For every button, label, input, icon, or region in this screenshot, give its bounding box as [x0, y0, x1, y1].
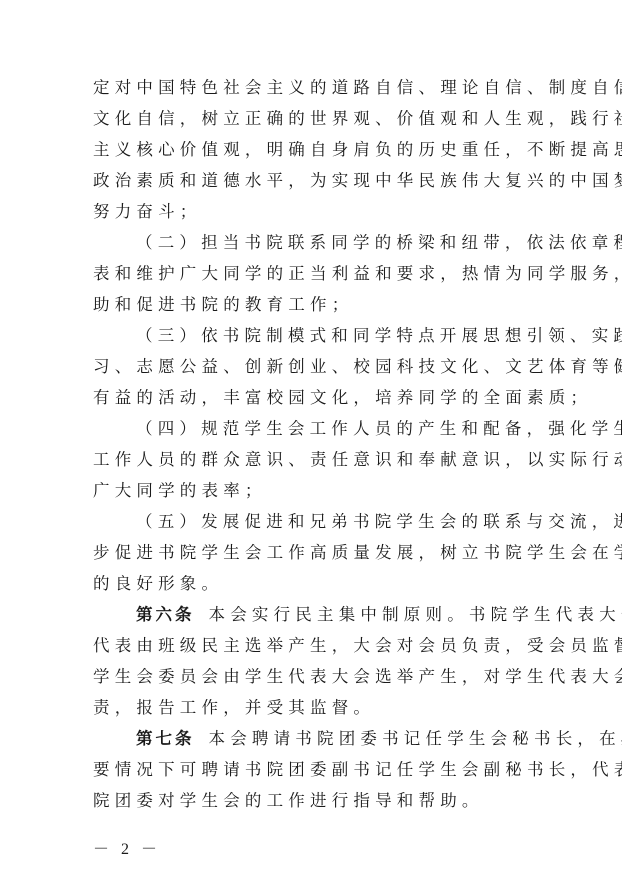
text-line: 步促进书院学生会工作高质量发展，树立书院学生会在学校	[93, 537, 535, 568]
article-first-line: 第七条本会聘请书院团委书记任学生会秘书长，在必	[93, 723, 535, 754]
text-line: （三）依书院制模式和同学特点开展思想引领、实践实	[93, 320, 535, 351]
text-line: 学生会委员会由学生代表大会选举产生，对学生代表大会负	[93, 661, 535, 692]
text-line: （五）发展促进和兄弟书院学生会的联系与交流，进一	[93, 506, 535, 537]
list-item-5: （五）发展促进和兄弟书院学生会的联系与交流，进一 步促进书院学生会工作高质量发展…	[93, 506, 535, 599]
text-line: 代表由班级民主选举产生，大会对会员负责，受会员监督。	[93, 630, 535, 661]
text-line: 工作人员的群众意识、责任意识和奉献意识，以实际行动作	[93, 444, 535, 475]
article-text: 本会聘请书院团委书记任学生会秘书长，在必	[209, 729, 622, 748]
article-text: 本会实行民主集中制原则。书院学生代表大会	[209, 605, 622, 624]
text-line: 政治素质和道德水平，为实现中华民族伟大复兴的中国梦而	[93, 165, 535, 196]
text-line: （二）担当书院联系同学的桥梁和纽带，依法依章程代	[93, 227, 535, 258]
article-first-line: 第六条本会实行民主集中制原则。书院学生代表大会	[93, 599, 535, 630]
list-item-3: （三）依书院制模式和同学特点开展思想引领、实践实 习、志愿公益、创新创业、校园科…	[93, 320, 535, 413]
list-item-4: （四）规范学生会工作人员的产生和配备，强化学生会 工作人员的群众意识、责任意识和…	[93, 413, 535, 506]
text-line: 要情况下可聘请书院团委副书记任学生会副秘书长，代表书	[93, 754, 535, 785]
text-line: 主义核心价值观，明确自身肩负的历史重任，不断提高思想	[93, 134, 535, 165]
text-line: 助和促进书院的教育工作；	[93, 289, 535, 320]
article-number: 第六条	[136, 605, 195, 624]
list-item-2: （二）担当书院联系同学的桥梁和纽带，依法依章程代 表和维护广大同学的正当利益和要…	[93, 227, 535, 320]
text-line: 文化自信，树立正确的世界观、价值观和人生观，践行社会	[93, 103, 535, 134]
text-line: 定对中国特色社会主义的道路自信、理论自信、制度自信、	[93, 72, 535, 103]
page-number: － 2 －	[93, 836, 161, 859]
text-line: 的良好形象。	[93, 568, 535, 599]
text-line: 责，报告工作，并受其监督。	[93, 692, 535, 723]
text-line: 习、志愿公益、创新创业、校园科技文化、文艺体育等健康	[93, 351, 535, 382]
text-line: 努力奋斗；	[93, 196, 535, 227]
text-line: 广大同学的表率；	[93, 475, 535, 506]
document-page: 定对中国特色社会主义的道路自信、理论自信、制度自信、 文化自信，树立正确的世界观…	[0, 0, 622, 885]
article-7: 第七条本会聘请书院团委书记任学生会秘书长，在必 要情况下可聘请书院团委副书记任学…	[93, 723, 535, 816]
paragraph-continuation: 定对中国特色社会主义的道路自信、理论自信、制度自信、 文化自信，树立正确的世界观…	[93, 72, 535, 227]
document-body: 定对中国特色社会主义的道路自信、理论自信、制度自信、 文化自信，树立正确的世界观…	[93, 72, 535, 816]
text-line: 有益的活动，丰富校园文化，培养同学的全面素质；	[93, 382, 535, 413]
text-line: 院团委对学生会的工作进行指导和帮助。	[93, 785, 535, 816]
article-number: 第七条	[136, 729, 195, 748]
text-line: （四）规范学生会工作人员的产生和配备，强化学生会	[93, 413, 535, 444]
text-line: 表和维护广大同学的正当利益和要求，热情为同学服务，协	[93, 258, 535, 289]
article-6: 第六条本会实行民主集中制原则。书院学生代表大会 代表由班级民主选举产生，大会对会…	[93, 599, 535, 723]
